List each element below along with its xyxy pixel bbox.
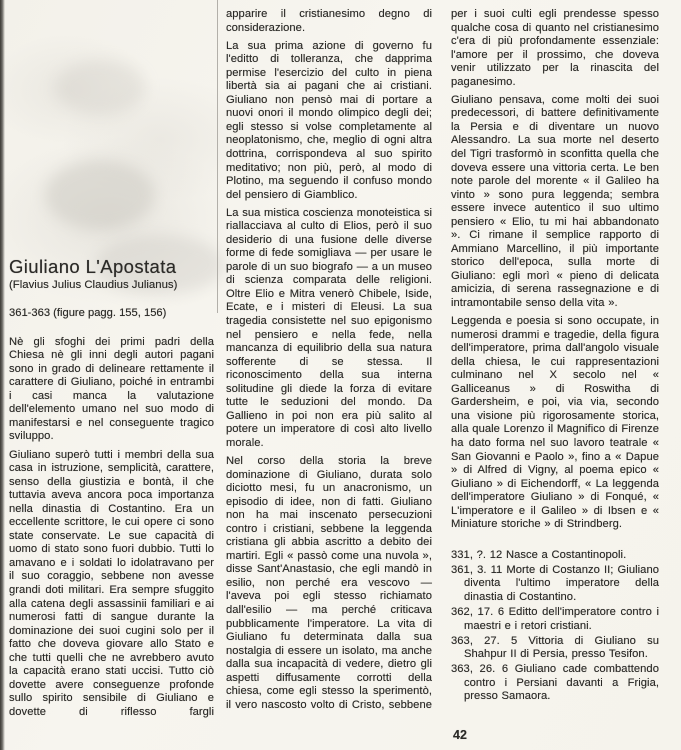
body-paragraph: Giuliano pensava, come molti dei suoi pr… (451, 94, 659, 311)
scan-edge-artifact (0, 0, 5, 750)
paper-smudge (45, 160, 155, 230)
timeline-date: 363, 26. 6 (451, 663, 508, 675)
middle-column: apparire il cristianesimo degno di consi… (226, 8, 432, 717)
timeline-date: 331, ?. 12 (451, 549, 502, 561)
body-paragraph: apparire il cristianesimo degno di consi… (226, 8, 432, 35)
entry-dates-line: 361-363 (figure pagg. 155, 156) (9, 307, 214, 321)
body-paragraph: Leggenda e poesia si sono occupate, in n… (451, 315, 659, 532)
right-column: per i suoi culti egli prendesse spesso q… (451, 8, 659, 705)
timeline-entry: 331, ?. 12 Nasce a Costantinopoli. (451, 549, 659, 563)
paper-smudge (55, 60, 145, 115)
body-paragraph: Nel corso della storia la breve dominazi… (226, 455, 432, 712)
body-paragraph: Giuliano superò tutti i membri della sua… (9, 449, 214, 720)
entry-title: Giuliano L'Apostata (9, 260, 214, 274)
body-paragraph: La sua prima azione di governo fu l'edit… (226, 40, 432, 203)
timeline-date: 361, 3. 11 (451, 564, 502, 576)
timeline-entry: 361, 3. 11 Morte di Costanzo II; Giulian… (451, 564, 659, 605)
entry-latin-name: (Flavius Julius Claudius Julianus) (9, 279, 214, 293)
timeline-entry: 362, 17. 6 Editto dell'imperatore contro… (451, 606, 659, 633)
scanned-book-page: Giuliano L'Apostata (Flavius Julius Clau… (0, 0, 681, 750)
chronology-list: 331, ?. 12 Nasce a Costantinopoli. 361, … (451, 549, 659, 704)
timeline-date: 362, 17. 6 (451, 606, 504, 618)
timeline-entry: 363, 26. 6 Giuliano cade combattendo con… (451, 663, 659, 704)
body-paragraph: La sua mistica coscienza monoteistica si… (226, 207, 432, 451)
column-divider-rule (217, 0, 218, 313)
body-paragraph: Nè gli sfoghi dei primi padri della Chie… (9, 336, 214, 444)
entry-column: Giuliano L'Apostata (Flavius Julius Clau… (9, 260, 214, 724)
timeline-entry: 363, 27. 5 Vittoria di Giuliano su Shahp… (451, 635, 659, 662)
page-number: 42 (453, 728, 467, 742)
body-paragraph: per i suoi culti egli prendesse spesso q… (451, 8, 659, 89)
timeline-text: Nasce a Costantinopoli. (506, 549, 626, 561)
timeline-date: 363, 27. 5 (451, 635, 517, 647)
